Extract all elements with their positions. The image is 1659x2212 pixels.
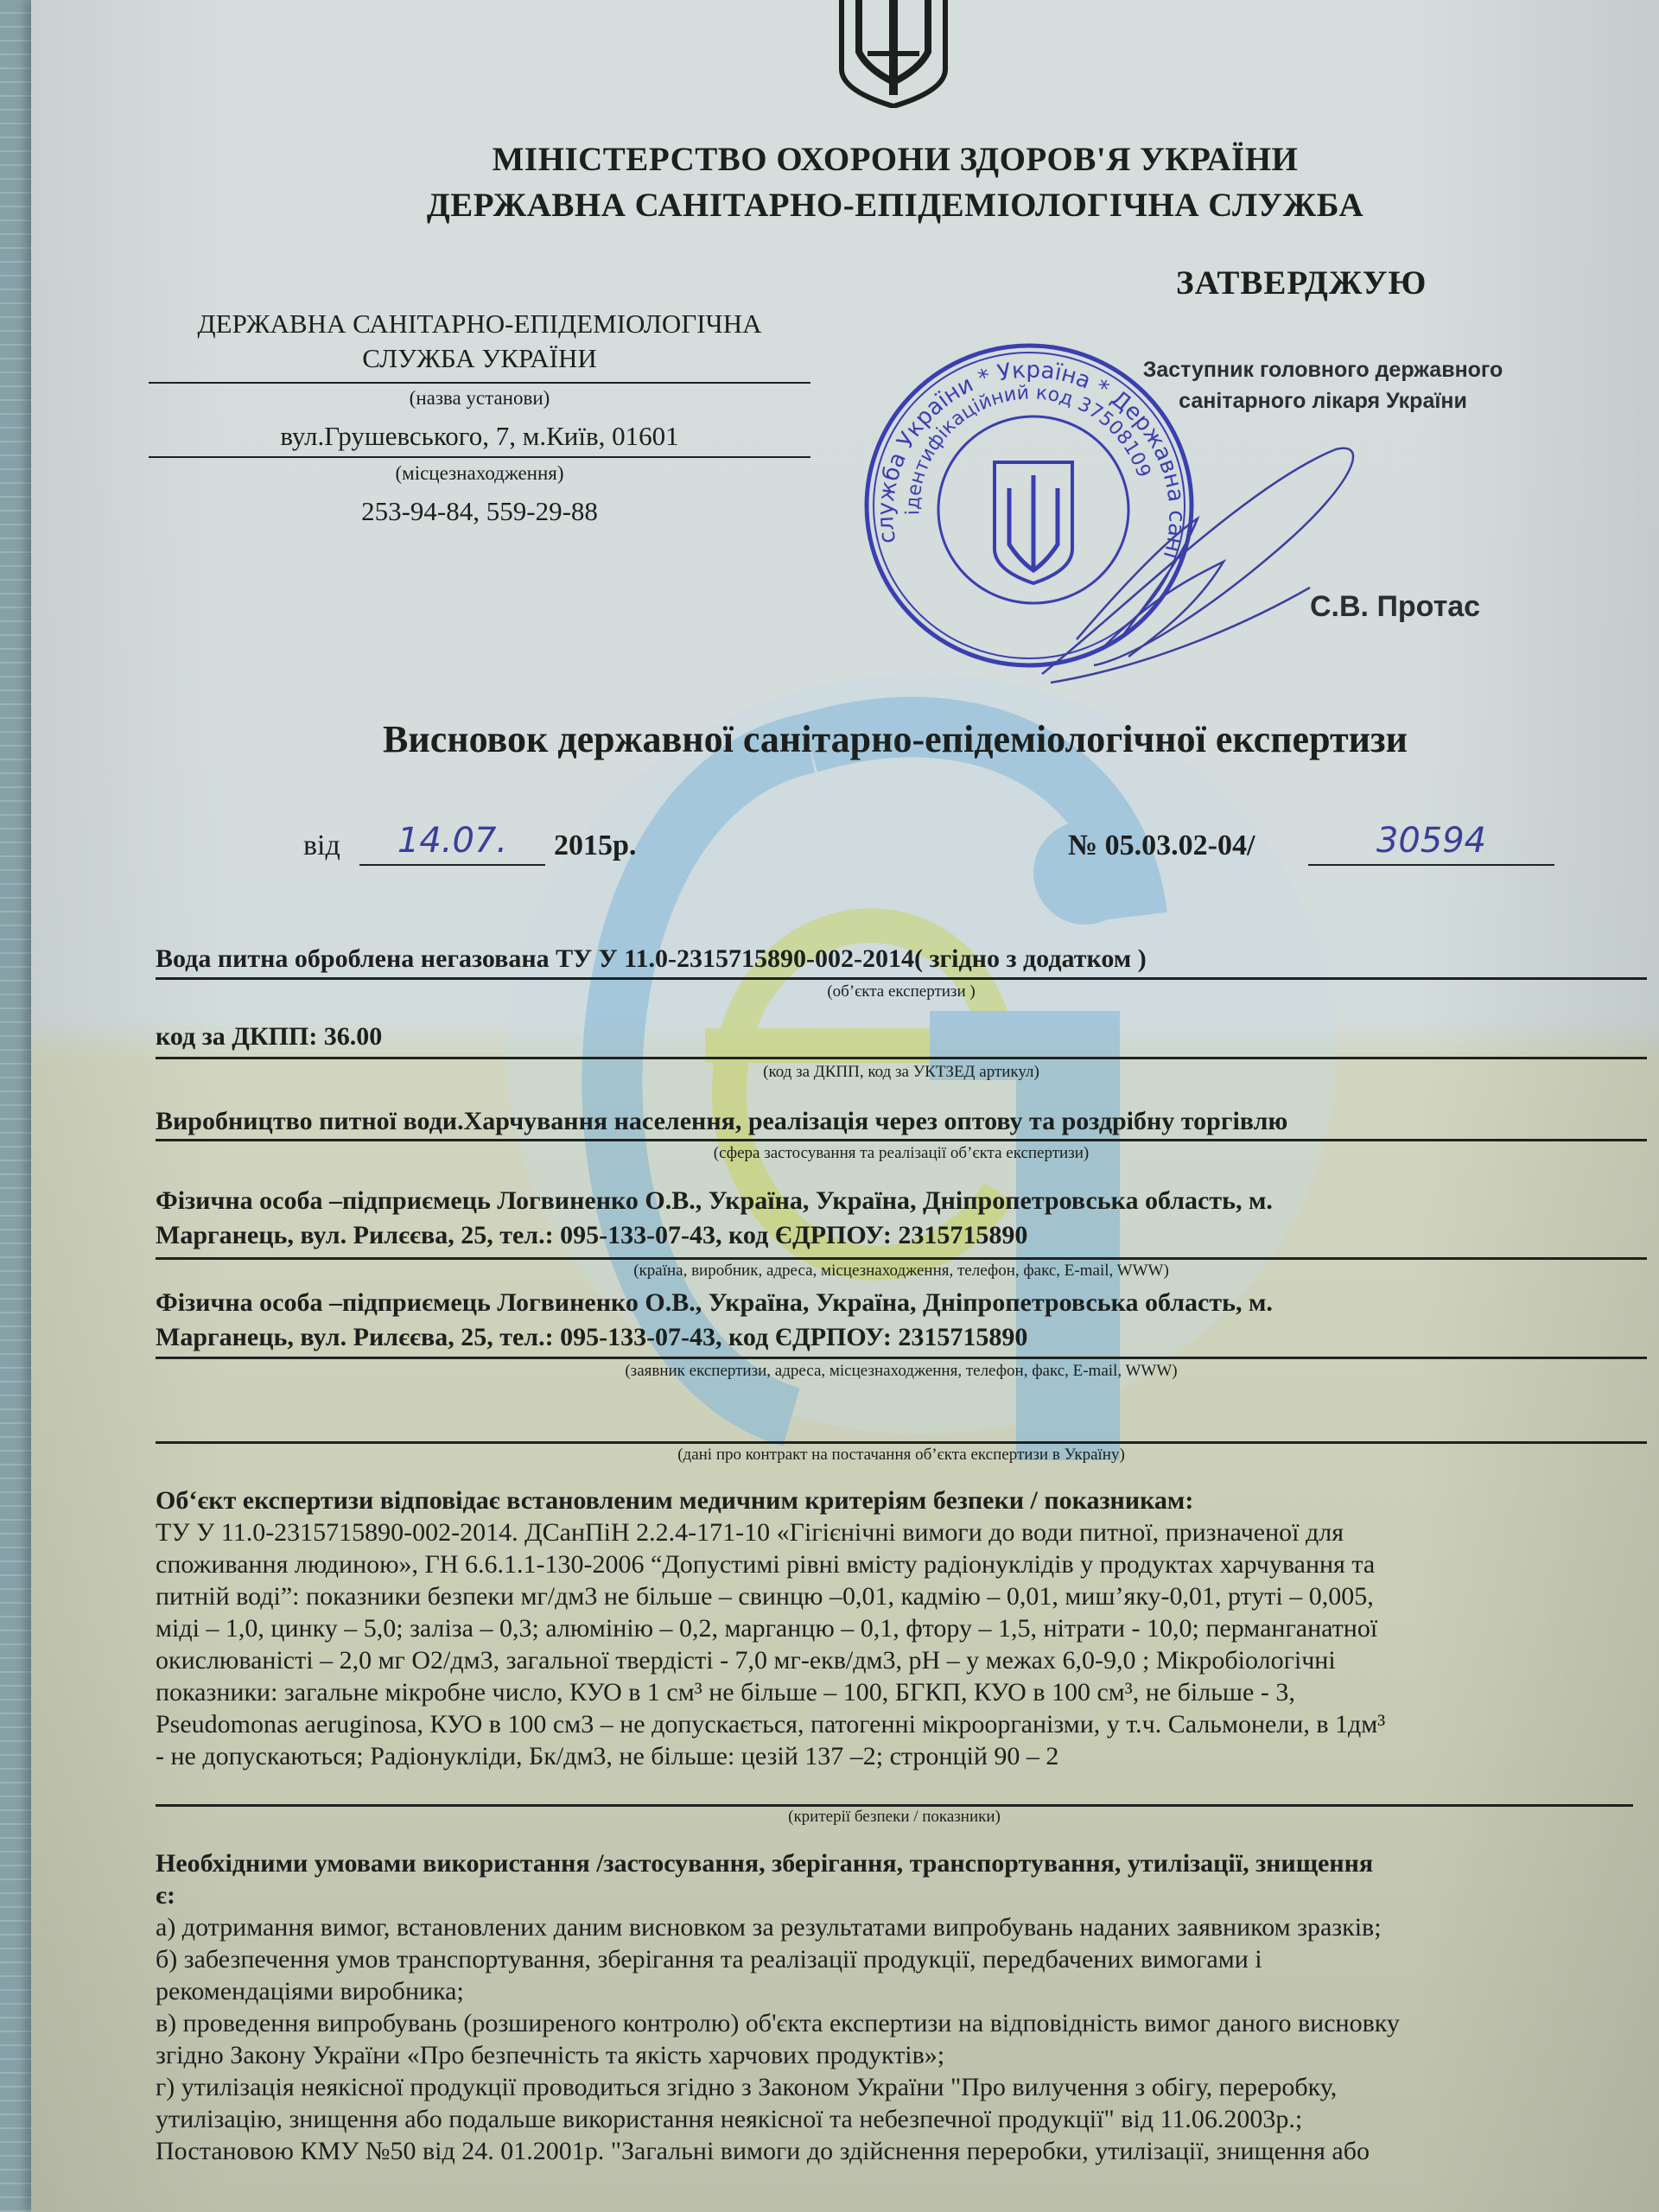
conditions-heading-cont: є:: [156, 1879, 1650, 1911]
organization-name-line1: ДЕРЖАВНА САНІТАРНО-ЕПІДЕМІОЛОГІЧНА: [149, 307, 810, 341]
criteria-line: питній воді”: показники безпеки мг/дм3 н…: [156, 1580, 1650, 1612]
criteria-section: Об‘єкт експертизи відповідає встановлени…: [156, 1484, 1650, 1772]
date-field: 14.07.: [359, 821, 545, 866]
field-scope-caption: (сфера застосування та реалізації об’єкт…: [156, 1144, 1647, 1163]
date-prefix: від: [303, 829, 340, 862]
organization-address-caption: (місцезнаходження): [149, 462, 810, 485]
criteria-line: окислюваністі – 2,0 мг О2/дм3, загальної…: [156, 1644, 1650, 1676]
organization-address: вул.Грушевського, 7, м.Київ, 01601: [149, 419, 810, 454]
divider: [156, 1139, 1647, 1141]
coat-of-arms-icon: [833, 0, 954, 108]
ministry-title: МІНІСТЕРСТВО ОХОРОНИ ЗДОРОВ'Я УКРАЇНИ: [290, 140, 1500, 179]
organization-phones: 253-94-84, 559-29-88: [149, 494, 810, 529]
signer-name: С.В. Протас: [1310, 590, 1480, 624]
condition-line: утилізацію, знищення або подальше викори…: [156, 2103, 1650, 2135]
divider: [156, 1057, 1647, 1059]
organization-name-caption: (назва установи): [149, 387, 810, 410]
divider: [156, 1257, 1647, 1260]
conditions-heading: Необхідними умовами використання /застос…: [156, 1847, 1650, 1879]
criteria-caption: (критерії безпеки / показники): [156, 1808, 1633, 1827]
field-manufacturer-line1: Фізична особа –підприємець Логвиненко О.…: [156, 1184, 1647, 1218]
divider: [156, 1441, 1647, 1444]
condition-line: а) дотримання вимог, встановлених даним …: [156, 1911, 1650, 1943]
service-title: ДЕРЖАВНА САНІТАРНО-ЕПІДЕМІОЛОГІЧНА СЛУЖБ…: [290, 186, 1500, 225]
criteria-line: показники: загальне мікробне число, КУО …: [156, 1676, 1650, 1708]
field-code: код за ДКПП: 36.00: [156, 1020, 1647, 1054]
criteria-line: споживання людиною», ГН 6.6.1.1-130-2006…: [156, 1548, 1650, 1580]
certificate-page: МІНІСТЕРСТВО ОХОРОНИ ЗДОРОВ'Я УКРАЇНИ ДЕ…: [31, 0, 1659, 2212]
criteria-line: ТУ У 11.0-2315715890-002-2014. ДСанПіН 2…: [156, 1516, 1650, 1548]
field-manufacturer-caption: (країна, виробник, адреса, місцезнаходже…: [156, 1262, 1647, 1281]
criteria-line: Pseudomonas aeruginosa, КУО в 100 см3 – …: [156, 1708, 1650, 1740]
divider: [149, 456, 810, 458]
criteria-line: міді – 1,0, цинку – 5,0; заліза – 0,3; а…: [156, 1612, 1650, 1644]
field-code-caption: (код за ДКПП, код за УКТЗЕД артикул): [156, 1063, 1647, 1082]
field-applicant: Фізична особа –підприємець Логвиненко О.…: [156, 1286, 1647, 1355]
deputy-position-line2: санітарного лікаря України: [1107, 385, 1539, 416]
field-object: Вода питна оброблена негазована ТУ У 11.…: [156, 942, 1647, 976]
conditions-section: Необхідними умовами використання /застос…: [156, 1847, 1650, 2167]
field-applicant-line1: Фізична особа –підприємець Логвиненко О.…: [156, 1286, 1647, 1320]
approve-label: ЗАТВЕРДЖУЮ: [1176, 264, 1427, 302]
field-applicant-line2: Марганець, вул. Рилєєва, 25, тел.: 095-1…: [156, 1320, 1647, 1355]
deputy-position-line1: Заступник головного державного: [1107, 354, 1539, 385]
divider: [156, 1804, 1633, 1807]
number-prefix: № 05.03.02-04/: [1068, 829, 1255, 862]
field-contract-caption: (дані про контракт на постачання об’єкта…: [156, 1446, 1647, 1465]
condition-line: в) проведення випробувань (розширеного к…: [156, 2007, 1650, 2039]
field-manufacturer: Фізична особа –підприємець Логвиненко О.…: [156, 1184, 1647, 1253]
condition-line: рекомендаціями виробника;: [156, 1975, 1650, 2007]
number-field: 30594: [1308, 821, 1554, 866]
divider: [149, 382, 810, 384]
divider: [156, 977, 1647, 980]
field-manufacturer-line2: Марганець, вул. Рилєєва, 25, тел.: 095-1…: [156, 1218, 1647, 1253]
condition-line: Постановою КМУ №50 від 24. 01.2001р. "За…: [156, 2135, 1650, 2167]
organization-name: ДЕРЖАВНА САНІТАРНО-ЕПІДЕМІОЛОГІЧНА СЛУЖБ…: [149, 307, 810, 376]
deputy-position: Заступник головного державного санітарно…: [1107, 354, 1539, 416]
divider: [156, 1357, 1647, 1359]
field-object-caption: (об’єкта експертизи ): [156, 982, 1647, 1001]
criteria-line: - не допускаються; Радіонукліди, Бк/дм3,…: [156, 1740, 1650, 1772]
document-title: Висновок державної санітарно-епідеміолог…: [204, 717, 1586, 761]
date-year: 2015р.: [554, 829, 636, 862]
condition-line: г) утилізація неякісної продукції провод…: [156, 2071, 1650, 2103]
organization-name-line2: СЛУЖБА УКРАЇНИ: [149, 341, 810, 376]
field-scope: Виробництво питної води.Харчування насел…: [156, 1104, 1647, 1139]
condition-line: б) забезпечення умов транспортування, зб…: [156, 1943, 1650, 1975]
criteria-heading: Об‘єкт експертизи відповідає встановлени…: [156, 1484, 1650, 1516]
signature-icon: [1025, 432, 1388, 691]
field-applicant-caption: (заявник експертизи, адреса, місцезнаход…: [156, 1362, 1647, 1381]
page-edge-shadow: [0, 0, 35, 2212]
condition-line: згідно Закону України «Про безпечність т…: [156, 2039, 1650, 2071]
